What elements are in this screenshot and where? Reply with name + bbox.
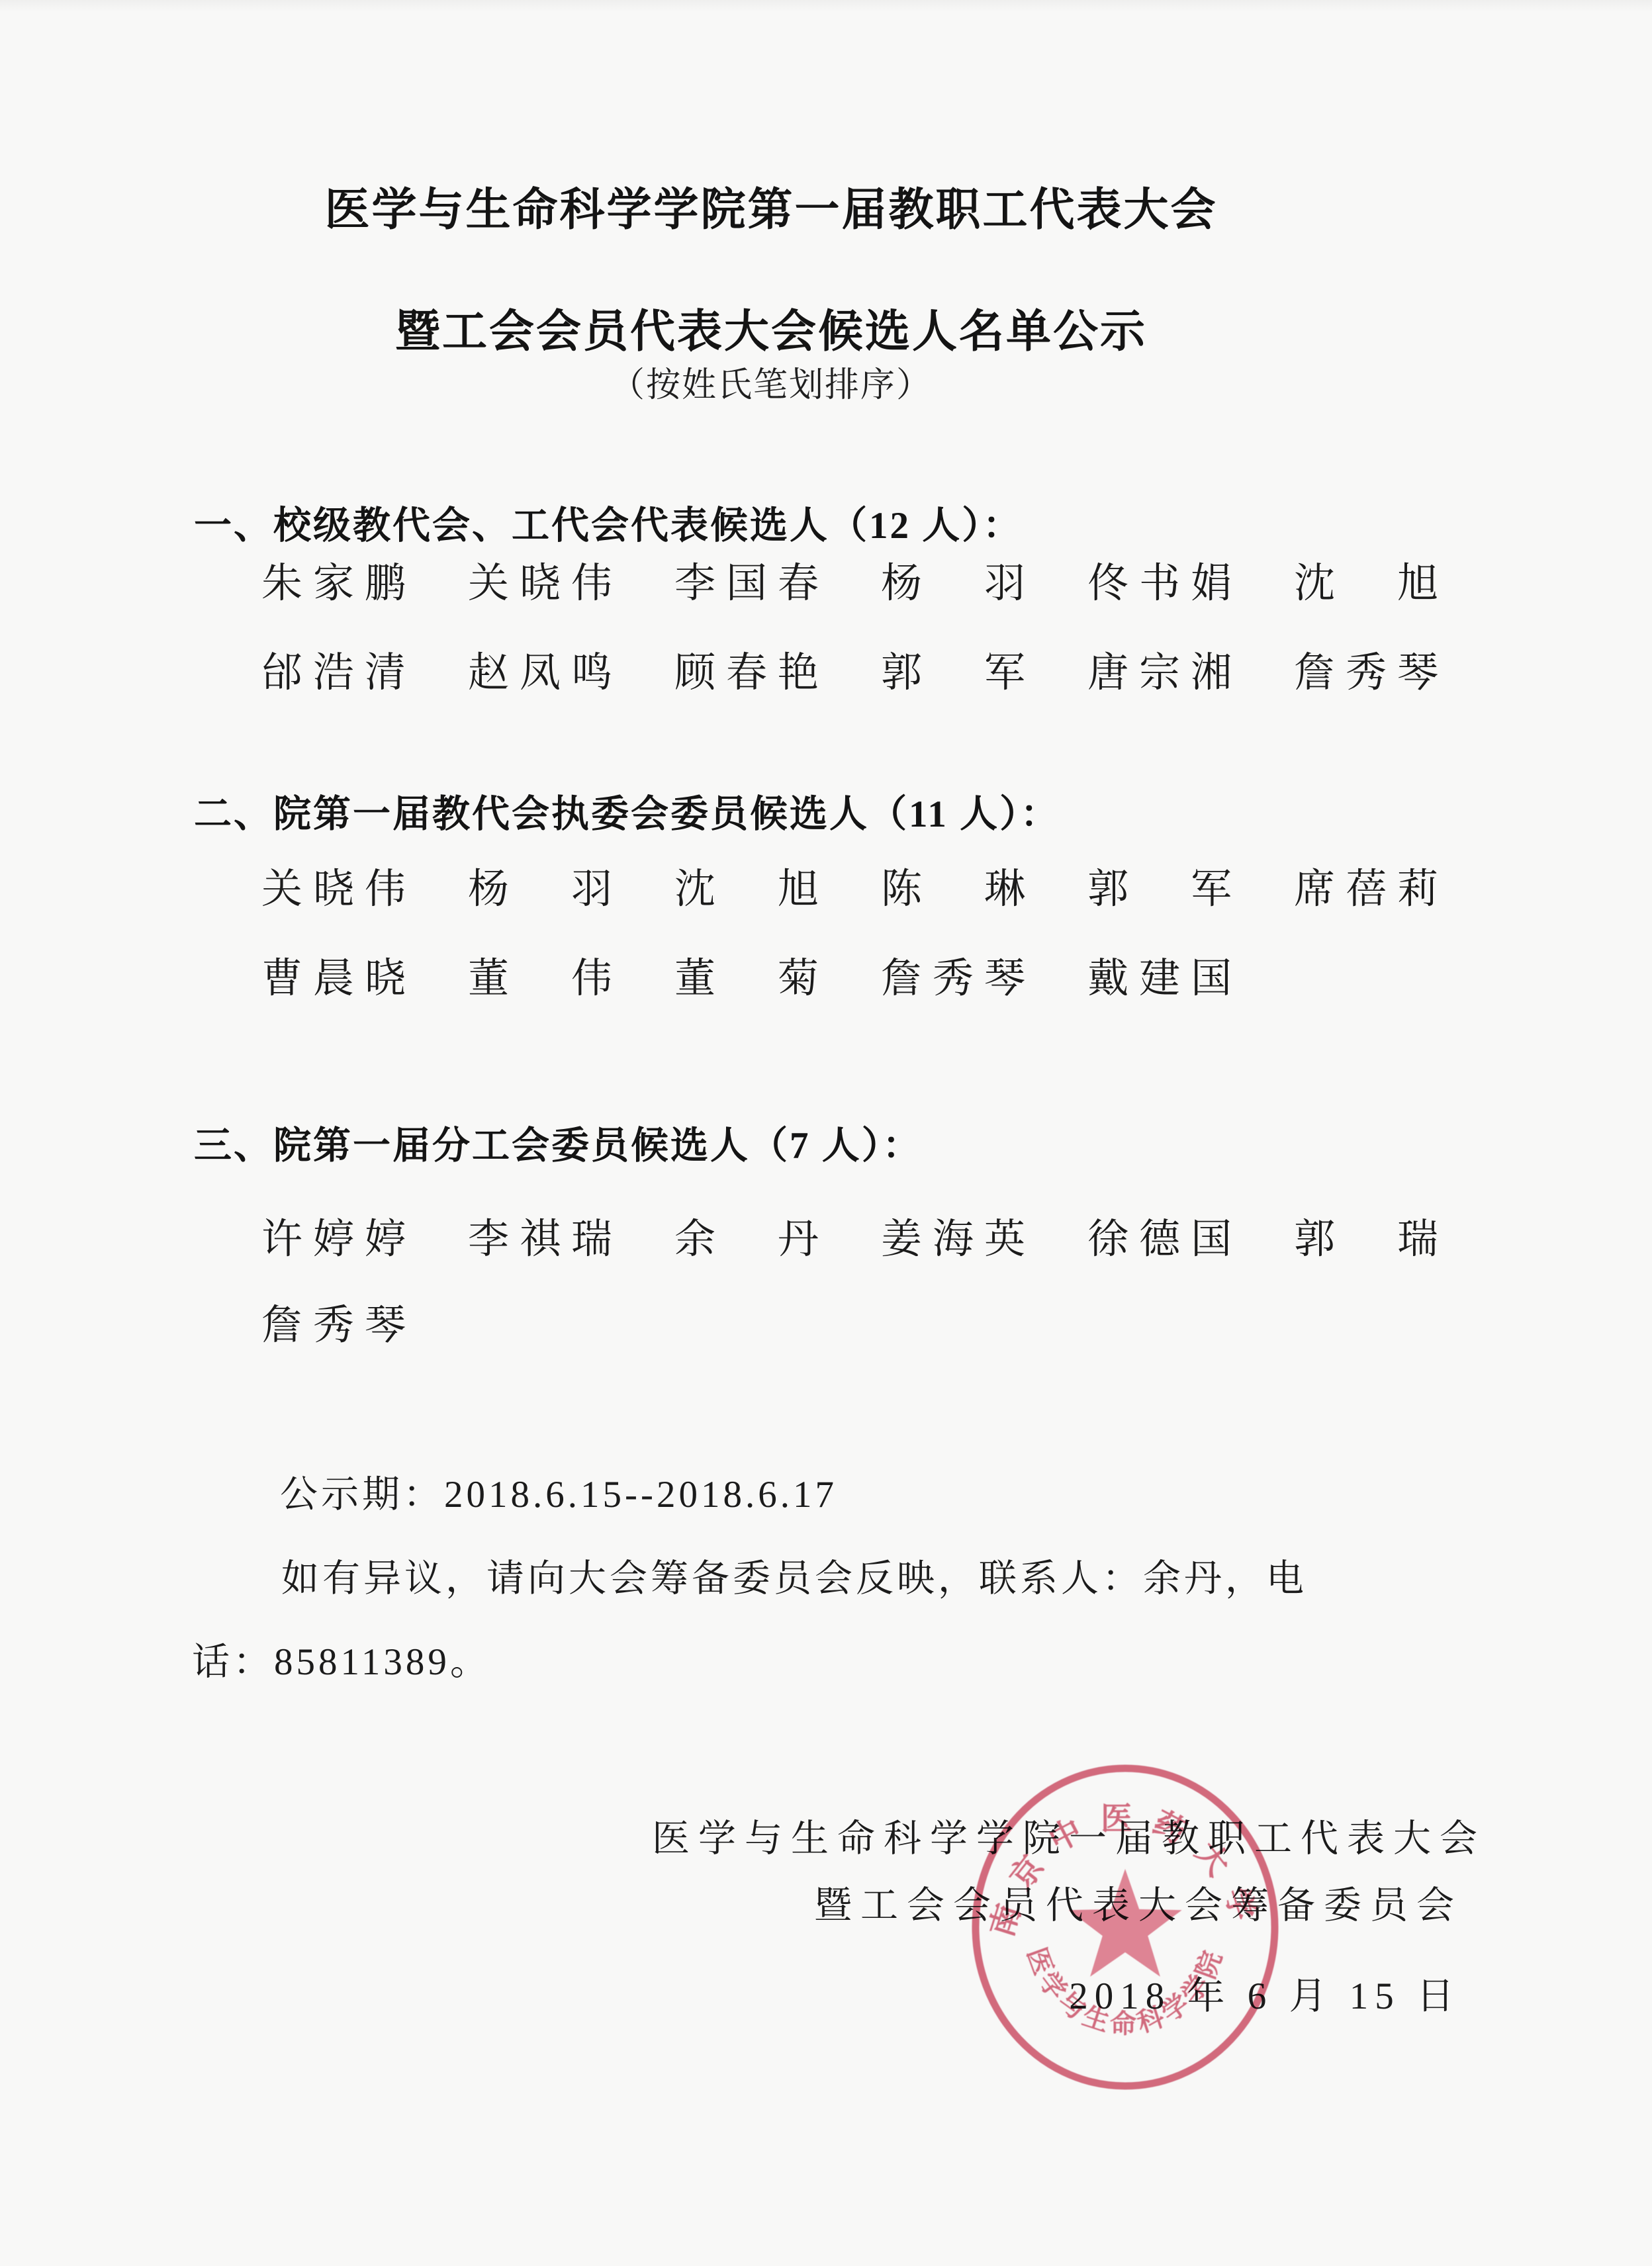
seal-ring (976, 1768, 1275, 2086)
candidate-name: 詹秀琴 (881, 958, 1036, 999)
candidate-name: 董 伟 (468, 958, 623, 999)
section-1-name-row-2: 邰浩清 赵凤鸣 顾春艳 郭 军 唐宗湘 詹秀琴 (261, 653, 1449, 694)
document-title-line-2: 暨工会会员代表大会候选人名单公示 (0, 309, 1542, 354)
section-2-name-row-2: 曹晨晓 董 伟 董 菊 詹秀琴 戴建国 (261, 958, 1242, 999)
candidate-name: 戴建国 (1087, 958, 1242, 999)
official-seal: 南京中医药大学 医学与生命科学学院 (968, 1762, 1283, 2096)
section-2-name-row-1: 关晓伟 杨 羽 沈 旭 陈 琳 郭 军 席蓓莉 (261, 869, 1449, 910)
document-subtitle: （按姓氏笔划排序） (0, 368, 1542, 402)
candidate-name: 许婷婷 (261, 1219, 416, 1260)
section-1-heading: 一、校级教代会、工代会代表候选人（12 人）： (194, 507, 1023, 545)
candidate-name: 曹晨晓 (261, 958, 416, 999)
candidate-name: 关晓伟 (261, 869, 416, 910)
candidate-name: 李祺瑞 (468, 1219, 623, 1260)
section-2-heading: 二、院第一届教代会执委会委员候选人（11 人）： (194, 795, 1060, 833)
section-3-heading: 三、院第一届分工会委员候选人（7 人）： (194, 1127, 922, 1165)
candidate-name: 沈 旭 (1294, 563, 1449, 604)
signature-date: 2018 年 6 月 15 日 (1069, 1977, 1461, 2015)
objection-contact-line-2: 话：85811389。 (192, 1643, 491, 1681)
candidate-name: 佟书娟 (1087, 563, 1242, 604)
signature-org-line-1: 医学与生命科学学院一届教职工代表大会 (652, 1820, 1486, 1858)
candidate-name: 杨 羽 (881, 563, 1036, 604)
candidate-name: 董 菊 (674, 958, 829, 999)
candidate-name: 詹秀琴 (261, 1305, 416, 1346)
scanned-document-page: 医学与生命科学学院第一届教职工代表大会 暨工会会员代表大会候选人名单公示 （按姓… (0, 0, 1652, 2266)
candidate-name: 关晓伟 (468, 563, 623, 604)
public-notice-period: 公示期：2018.6.15--2018.6.17 (280, 1476, 837, 1514)
objection-contact-line-1: 如有异议，请向大会筹备委员会反映，联系人：余丹，电 (281, 1560, 1307, 1598)
candidate-name: 席蓓莉 (1294, 869, 1449, 910)
candidate-name: 詹秀琴 (1294, 653, 1449, 694)
signature-org-line-2: 暨工会会员代表大会筹备委员会 (814, 1887, 1463, 1925)
candidate-name: 郭 军 (1087, 869, 1242, 910)
candidate-name: 徐德国 (1087, 1219, 1242, 1260)
document-title-line-1: 医学与生命科学学院第一届教职工代表大会 (0, 187, 1542, 232)
candidate-name: 沈 旭 (674, 869, 829, 910)
candidate-name: 赵凤鸣 (468, 653, 623, 694)
candidate-name: 邰浩清 (261, 653, 416, 694)
candidate-name: 李国春 (674, 563, 829, 604)
candidate-name: 郭 瑞 (1294, 1219, 1449, 1260)
candidate-name: 余 丹 (674, 1219, 829, 1260)
candidate-name: 郭 军 (881, 653, 1036, 694)
section-1-name-row-1: 朱家鹏 关晓伟 李国春 杨 羽 佟书娟 沈 旭 (261, 563, 1449, 604)
candidate-name: 朱家鹏 (261, 563, 416, 604)
section-3-name-row-1: 许婷婷 李祺瑞 余 丹 姜海英 徐德国 郭 瑞 (261, 1219, 1449, 1260)
section-3-name-row-2: 詹秀琴 (261, 1305, 416, 1346)
candidate-name: 陈 琳 (881, 869, 1036, 910)
candidate-name: 唐宗湘 (1087, 653, 1242, 694)
candidate-name: 顾春艳 (674, 653, 829, 694)
candidate-name: 杨 羽 (468, 869, 623, 910)
candidate-name: 姜海英 (881, 1219, 1036, 1260)
